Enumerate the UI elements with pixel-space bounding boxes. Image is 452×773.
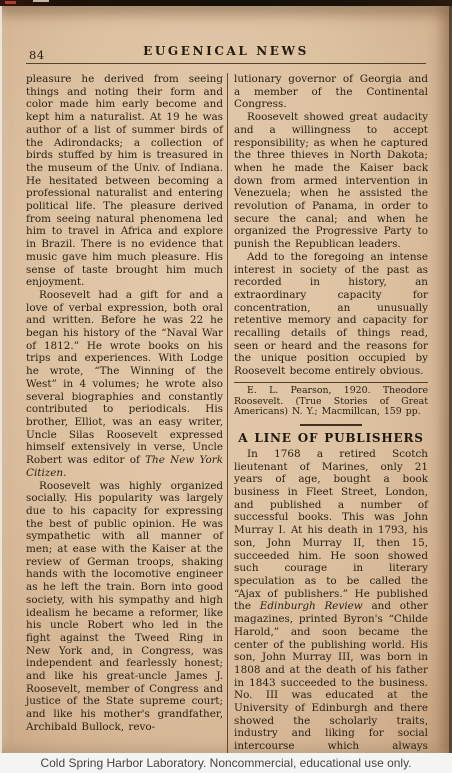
left-column: pleasure he derived from seeing things a…	[26, 73, 223, 753]
footer-strip: Cold Spring Harbor Laboratory. Noncommer…	[0, 753, 452, 773]
scanned-page-photo: 84 EUGENICAL NEWS pleasure he derived fr…	[0, 0, 452, 773]
paragraph: lutionary governor of Georgia and a memb…	[234, 73, 428, 111]
paragraph: Add to the foregoing an intense interest…	[234, 251, 428, 378]
section-heading: A LINE OF PUBLISHERS	[234, 432, 428, 445]
journal-title: EUGENICAL NEWS	[26, 44, 426, 58]
page-header: 84 EUGENICAL NEWS	[26, 44, 426, 64]
photo-top-edge	[0, 0, 452, 6]
footer-caption: Cold Spring Harbor Laboratory. Noncommer…	[40, 756, 411, 770]
photo-artifact	[5, 1, 16, 4]
citation-rule	[234, 382, 428, 383]
citation: E. L. Pearson, 1920. Theodore Roosevelt.…	[234, 386, 428, 418]
paragraph-text: and other magazines, printed Byron's “Ch…	[234, 600, 428, 753]
paragraph-text: In 1768 a retired Scotch lieutenant of M…	[234, 448, 428, 612]
text-columns: pleasure he derived from seeing things a…	[26, 73, 428, 753]
page-left-edge	[0, 6, 2, 753]
paragraph: In 1768 a retired Scotch lieutenant of M…	[234, 448, 428, 753]
paragraph-text: .	[63, 467, 66, 479]
journal-page: 84 EUGENICAL NEWS pleasure he derived fr…	[0, 6, 452, 753]
paragraph: Roosevelt showed great audacity and a wi…	[234, 111, 428, 251]
section-divider-rule	[300, 424, 362, 426]
paragraph: Roosevelt had a gift for and a love of v…	[26, 289, 223, 480]
paragraph: Roosevelt was highly organized socially.…	[26, 480, 223, 734]
photo-artifact	[33, 0, 49, 2]
italic-title: Edinburgh Review	[260, 600, 363, 612]
paragraph-text: Roosevelt had a gift for and a love of v…	[26, 289, 223, 466]
page-number: 84	[29, 48, 45, 62]
right-column: lutionary governor of Georgia and a memb…	[228, 73, 428, 753]
paragraph: pleasure he derived from seeing things a…	[26, 73, 223, 289]
